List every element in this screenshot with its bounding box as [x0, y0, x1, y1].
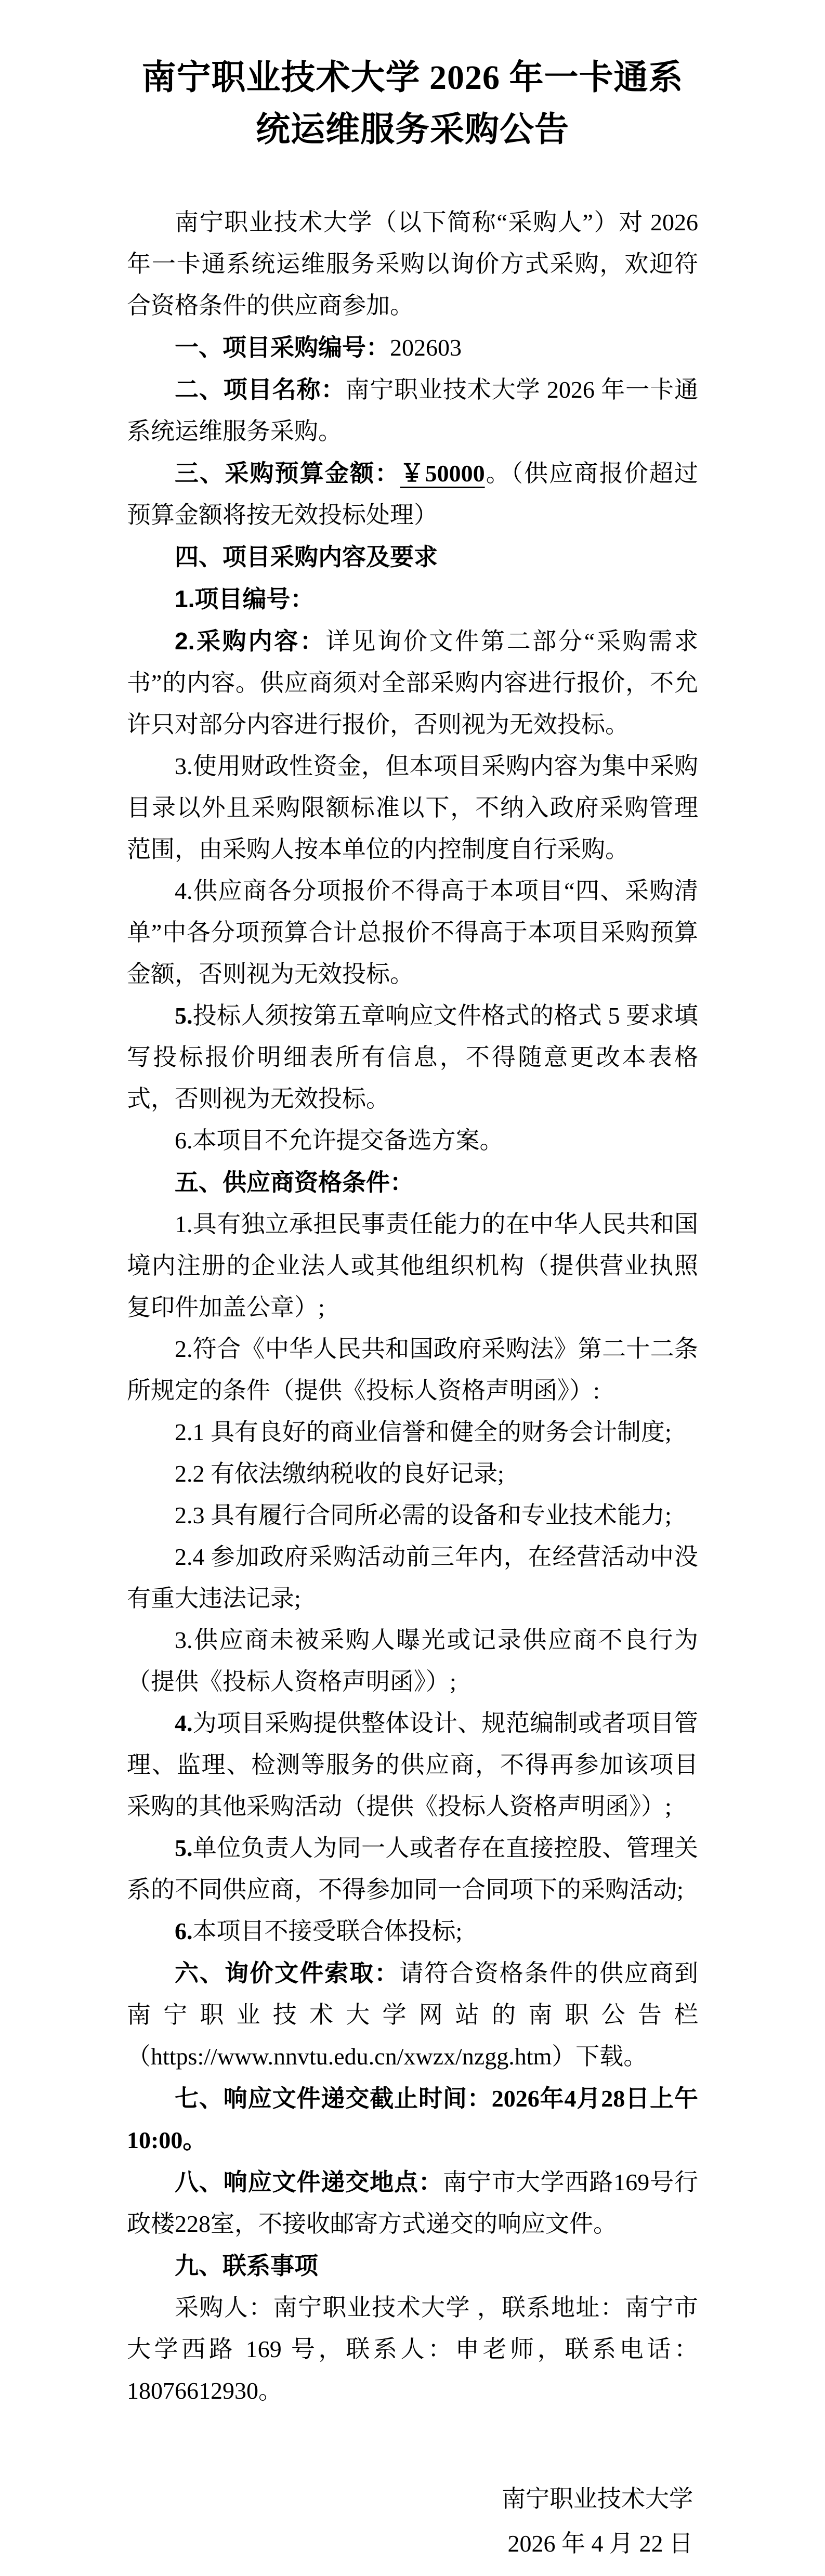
section-4-item-1: 1.项目编号： [127, 578, 698, 620]
section-4-item-3: 3.使用财政性资金，但本项目采购内容为集中采购目录以外且采购限额标准以下，不纳入… [127, 746, 698, 870]
section-7-deadline: 七、响应文件递交截止时间：2026年4月28日上午10:00。 [127, 2077, 698, 2161]
item-5-number: 5. [175, 1002, 193, 1029]
section-7-label: 七、响应文件递交截止时间： [175, 2085, 492, 2112]
section-9-label: 九、联系事项 [175, 2252, 318, 2279]
section-4-item-4: 4.供应商各分项报价不得高于本项目“四、采购清单”中各分项预算合计总报价不得高于… [127, 870, 698, 995]
qualification-4: 4.为项目采购提供整体设计、规范编制或者项目管理、监理、检测等服务的供应商，不得… [127, 1703, 698, 1827]
contact-paragraph: 采购人：南宁职业技术大学 ，联系地址：南宁市大学西路 169 号，联系人：申老师… [127, 2287, 698, 2412]
section-4-item-5: 5.投标人须按第五章响应文件格式的格式 5 要求填写投标报价明细表所有信息，不得… [127, 995, 698, 1120]
page-title: 南宁职业技术大学 2026 年一卡通系统运维服务采购公告 [127, 52, 698, 156]
qualification-2: 2.符合《中华人民共和国政府采购法》第二十二条所规定的条件（提供《投标人资格声明… [127, 1328, 698, 1411]
section-1-value: 202603 [390, 334, 462, 361]
qualification-5-text: 单位负责人为同一人或者存在直接控股、管理关系的不同供应商，不得参加同一合同项下的… [127, 1835, 698, 1903]
section-2-label: 二、项目名称： [175, 376, 345, 403]
qualification-2-3: 2.3 具有履行合同所必需的设备和专业技术能力; [127, 1495, 698, 1536]
qualification-5-number: 5. [175, 1835, 193, 1861]
section-3-label: 三、采购预算金额： [175, 460, 400, 487]
section-8-submission-place: 八、响应文件递交地点：南宁市大学西路169号行政楼228室，不接收邮寄方式递交的… [127, 2161, 698, 2245]
section-8-label: 八、响应文件递交地点： [175, 2168, 443, 2195]
qualification-4-text: 为项目采购提供整体设计、规范编制或者项目管理、监理、检测等服务的供应商，不得再参… [127, 1710, 698, 1820]
signoff-block: 南宁职业技术大学 2026 年 4 月 22 日 [127, 2477, 698, 2566]
qualification-6-text: 本项目不接受联合体投标; [193, 1918, 463, 1944]
signoff-date: 2026 年 4 月 22 日 [127, 2521, 693, 2566]
qualification-6-number: 6. [175, 1918, 193, 1944]
qualification-6: 6.本项目不接受联合体投标; [127, 1911, 698, 1952]
qualification-4-number: 4. [175, 1710, 193, 1736]
qualification-3: 3.供应商未被采购人曝光或记录供应商不良行为（提供《投标人资格声明函》）; [127, 1619, 698, 1703]
section-4-item-6: 6.本项目不允许提交备选方案。 [127, 1120, 698, 1161]
section-6-document-access: 六、询价文件索取：请符合资格条件的供应商到南宁职业技术大学网站的南职公告栏（ht… [127, 1952, 698, 2077]
item-5-text: 投标人须按第五章响应文件格式的格式 5 要求填写投标报价明细表所有信息，不得随意… [127, 1002, 698, 1112]
section-5-heading: 五、供应商资格条件： [127, 1161, 698, 1204]
section-1-project-number: 一、项目采购编号：202603 [127, 326, 698, 369]
item-2-label: 2.采购内容： [175, 627, 326, 655]
section-4-heading: 四、项目采购内容及要求 [127, 536, 698, 578]
section-6-label: 六、询价文件索取： [175, 1959, 399, 1986]
section-3-budget: 三、采购预算金额：￥50000。（供应商报价超过预算金额将按无效投标处理） [127, 452, 698, 536]
section-5-label: 五、供应商资格条件： [175, 1169, 414, 1196]
section-4-label: 四、项目采购内容及要求 [175, 543, 438, 570]
qualification-2-1: 2.1 具有良好的商业信誉和健全的财务会计制度; [127, 1411, 698, 1453]
intro-paragraph: 南宁职业技术大学（以下简称“采购人”）对 2026 年一卡通系统运维服务采购以询… [127, 202, 698, 326]
section-2-project-name: 二、项目名称：南宁职业技术大学 2026 年一卡通系统运维服务采购。 [127, 369, 698, 452]
qualification-1: 1.具有独立承担民事责任能力的在中华人民共和国境内注册的企业法人或其他组织机构（… [127, 1204, 698, 1328]
qualification-2-2: 2.2 有依法缴纳税收的良好记录; [127, 1453, 698, 1495]
procurement-announcement-document: 南宁职业技术大学 2026 年一卡通系统运维服务采购公告 南宁职业技术大学（以下… [0, 0, 825, 2576]
signoff-organization: 南宁职业技术大学 [127, 2477, 693, 2521]
qualification-2-4: 2.4 参加政府采购活动前三年内，在经营活动中没有重大违法记录; [127, 1536, 698, 1619]
section-4-item-2: 2.采购内容：详见询价文件第二部分“采购需求书”的内容。供应商须对全部采购内容进… [127, 620, 698, 746]
qualification-5: 5.单位负责人为同一人或者存在直接控股、管理关系的不同供应商，不得参加同一合同项… [127, 1827, 698, 1911]
budget-amount: ￥50000 [400, 460, 484, 487]
item-1-label: 1.项目编号： [175, 585, 314, 612]
section-1-label: 一、项目采购编号： [175, 334, 390, 361]
section-9-heading: 九、联系事项 [127, 2245, 698, 2287]
